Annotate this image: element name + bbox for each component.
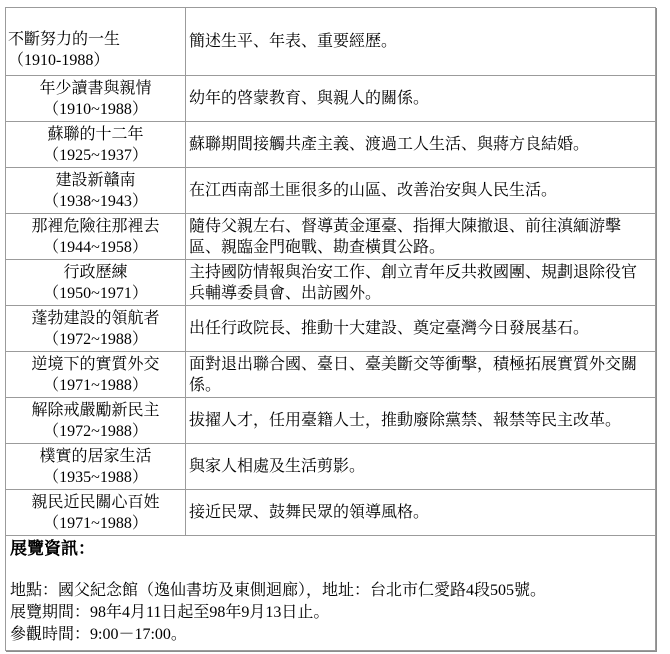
section-title-cell: 蘇聯的十二年（1925~1937） [6, 122, 186, 168]
section-description: 主持國防情報與治安工作、創立青年反共救國團、規劃退除役官兵輔導委員會、出訪國外。 [186, 260, 656, 306]
section-title: 不斷努力的一生 [8, 29, 183, 50]
section-title: 樸實的居家生活 [8, 446, 183, 467]
exhibit-footer: 展覽資訊： 地點：國父紀念館（逸仙書坊及東側迴廊），地址：台北市仁愛路4段505… [6, 536, 656, 651]
table-row: 不斷努力的一生（1910-1988）簡述生平、年表、重要經歷。 [6, 8, 656, 76]
exhibit-outline-table: 不斷努力的一生（1910-1988）簡述生平、年表、重要經歷。年少讀書與親情（1… [5, 7, 656, 651]
section-years: （1938~1943） [8, 191, 183, 212]
section-title-cell: 年少讀書與親情（1910~1988） [6, 76, 186, 122]
section-title-cell: 行政歷練（1950~1971） [6, 260, 186, 306]
section-years: （1950~1971） [8, 283, 183, 304]
section-years: （1971~1988） [8, 375, 183, 396]
section-description: 拔擢人才，任用臺籍人士，推動廢除黨禁、報禁等民主改革。 [186, 398, 656, 444]
section-description: 隨侍父親左右、督導黃金運臺、指揮大陳撤退、前往滇緬游擊區、親臨金門砲戰、勘查橫貫… [186, 214, 656, 260]
section-title-cell: 親民近民關心百姓（1971~1988） [6, 490, 186, 536]
section-years: （1944~1958） [8, 237, 183, 258]
table-row: 行政歷練（1950~1971）主持國防情報與治安工作、創立青年反共救國團、規劃退… [6, 260, 656, 306]
section-title-cell: 逆境下的實質外交（1971~1988） [6, 352, 186, 398]
section-title: 逆境下的實質外交 [8, 354, 183, 375]
section-description: 簡述生平、年表、重要經歷。 [186, 8, 656, 76]
exhibit-info-cell: 展覽資訊： 地點：國父紀念館（逸仙書坊及東側迴廊），地址：台北市仁愛路4段505… [6, 536, 656, 651]
table-row: 年少讀書與親情（1910~1988）幼年的啓蒙教育、與親人的關係。 [6, 76, 656, 122]
section-years: （1925~1937） [8, 145, 183, 166]
section-title-cell: 那裡危險往那裡去（1944~1958） [6, 214, 186, 260]
footer-row: 展覽資訊： 地點：國父紀念館（逸仙書坊及東側迴廊），地址：台北市仁愛路4段505… [6, 536, 656, 651]
section-description: 面對退出聯合國、臺日、臺美斷交等衝擊，積極拓展實質外交關係。 [186, 352, 656, 398]
section-years: （1935~1988） [8, 467, 183, 488]
section-years: （1910~1988） [8, 99, 183, 120]
section-description: 與家人相處及生活剪影。 [186, 444, 656, 490]
table-row: 那裡危險往那裡去（1944~1958）隨侍父親左右、督導黃金運臺、指揮大陳撤退、… [6, 214, 656, 260]
section-description: 幼年的啓蒙教育、與親人的關係。 [186, 76, 656, 122]
section-years: （1972~1988） [8, 421, 183, 442]
section-description: 蘇聯期間接觸共產主義、渡過工人生活、與蔣方良結婚。 [186, 122, 656, 168]
section-title: 親民近民關心百姓 [8, 492, 183, 513]
table-row: 蓬勃建設的領航者（1972~1988）出任行政院長、推動十大建設、奠定臺灣今日發… [6, 306, 656, 352]
section-title-cell: 蓬勃建設的領航者（1972~1988） [6, 306, 186, 352]
section-years: （1910-1988） [8, 50, 183, 71]
section-years: （1972~1988） [8, 329, 183, 350]
section-years: （1971~1988） [8, 513, 183, 534]
section-title-cell: 解除戒嚴勵新民主（1972~1988） [6, 398, 186, 444]
table-row: 樸實的居家生活（1935~1988）與家人相處及生活剪影。 [6, 444, 656, 490]
section-title-cell: 不斷努力的一生（1910-1988） [6, 8, 186, 76]
section-title: 解除戒嚴勵新民主 [8, 400, 183, 421]
section-title: 蘇聯的十二年 [8, 124, 183, 145]
section-title-cell: 樸實的居家生活（1935~1988） [6, 444, 186, 490]
exhibit-rows: 不斷努力的一生（1910-1988）簡述生平、年表、重要經歷。年少讀書與親情（1… [6, 8, 656, 536]
exhibit-location-line: 地點：國父紀念館（逸仙書坊及東側迴廊），地址：台北市仁愛路4段505號。 [10, 580, 651, 602]
exhibit-hours-line: 參觀時間：9:00－17:00。 [10, 624, 651, 646]
exhibit-info-heading: 展覽資訊： [10, 538, 651, 559]
exhibit-period-line: 展覽期間：98年4月11日起至98年9月13日止。 [10, 602, 651, 624]
section-title: 蓬勃建設的領航者 [8, 308, 183, 329]
section-title: 建設新贛南 [8, 170, 183, 191]
section-description: 出任行政院長、推動十大建設、奠定臺灣今日發展基石。 [186, 306, 656, 352]
section-title: 年少讀書與親情 [8, 78, 183, 99]
exhibit-info-lines: 地點：國父紀念館（逸仙書坊及東側迴廊），地址：台北市仁愛路4段505號。 展覽期… [10, 580, 651, 646]
table-row: 親民近民關心百姓（1971~1988）接近民眾、鼓舞民眾的領導風格。 [6, 490, 656, 536]
section-title-cell: 建設新贛南（1938~1943） [6, 168, 186, 214]
table-row: 建設新贛南（1938~1943）在江西南部土匪很多的山區、改善治安與人民生活。 [6, 168, 656, 214]
table-row: 蘇聯的十二年（1925~1937）蘇聯期間接觸共產主義、渡過工人生活、與蔣方良結… [6, 122, 656, 168]
section-description: 在江西南部土匪很多的山區、改善治安與人民生活。 [186, 168, 656, 214]
section-description: 接近民眾、鼓舞民眾的領導風格。 [186, 490, 656, 536]
table-row: 逆境下的實質外交（1971~1988）面對退出聯合國、臺日、臺美斷交等衝擊，積極… [6, 352, 656, 398]
section-title: 行政歷練 [8, 262, 183, 283]
section-title: 那裡危險往那裡去 [8, 216, 183, 237]
table-row: 解除戒嚴勵新民主（1972~1988）拔擢人才，任用臺籍人士，推動廢除黨禁、報禁… [6, 398, 656, 444]
